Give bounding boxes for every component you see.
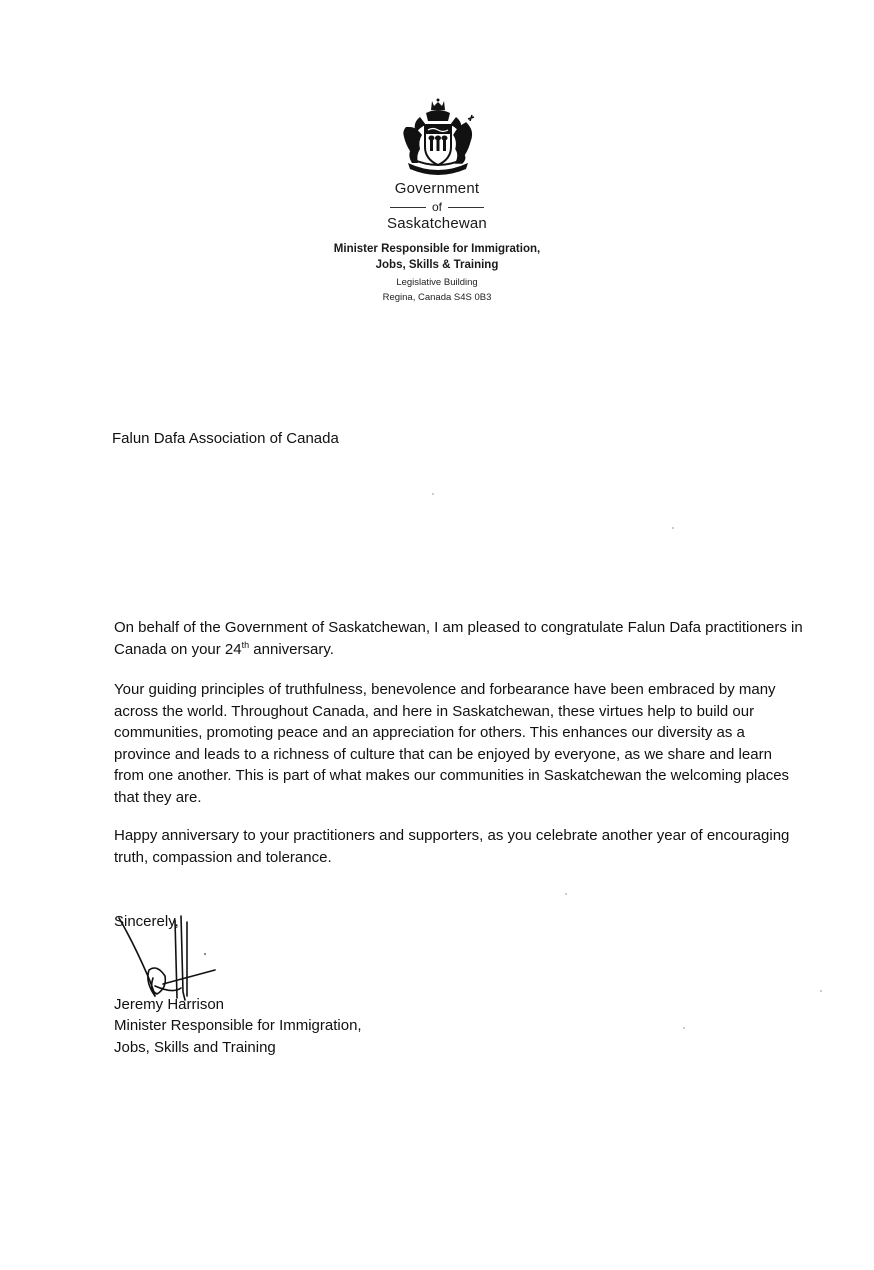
signatory-name: Jeremy Harrison <box>114 996 224 1013</box>
letterhead-saskatchewan: Saskatchewan <box>0 215 874 232</box>
signature-icon <box>115 912 230 1007</box>
letterhead-address-line2: Regina, Canada S4S 0B3 <box>0 292 874 303</box>
letterhead-of-text: of <box>432 200 442 214</box>
coat-of-arms-icon <box>398 97 478 177</box>
scan-speck <box>683 1027 685 1029</box>
scan-speck <box>820 990 822 992</box>
scan-speck <box>565 893 567 895</box>
letterhead-address-line1: Legislative Building <box>0 277 874 288</box>
recipient: Falun Dafa Association of Canada <box>112 430 339 447</box>
paragraph-anniversary-wishes: Happy anniversary to your practitioners … <box>114 825 804 868</box>
letterhead-office-line2: Jobs, Skills & Training <box>0 259 874 271</box>
paragraph-principles: Your guiding principles of truthfulness,… <box>114 679 804 808</box>
paragraph1-text: On behalf of the Government of Saskatche… <box>114 619 803 658</box>
divider <box>448 207 484 208</box>
letter-page: Government of Saskatchewan Minister Resp… <box>0 0 874 1270</box>
letterhead-office-line1: Minister Responsible for Immigration, <box>0 243 874 255</box>
scan-speck <box>672 527 674 529</box>
letterhead-of: of <box>0 200 874 214</box>
paragraph1-text-end: anniversary. <box>249 641 334 658</box>
signatory-title-line2: Jobs, Skills and Training <box>114 1039 276 1056</box>
signatory-title-line1: Minister Responsible for Immigration, <box>114 1017 362 1034</box>
divider <box>390 207 426 208</box>
letterhead-government: Government <box>0 180 874 197</box>
paragraph-congratulations: On behalf of the Government of Saskatche… <box>114 617 804 660</box>
ordinal-superscript: th <box>242 640 250 650</box>
scan-speck <box>432 493 434 495</box>
